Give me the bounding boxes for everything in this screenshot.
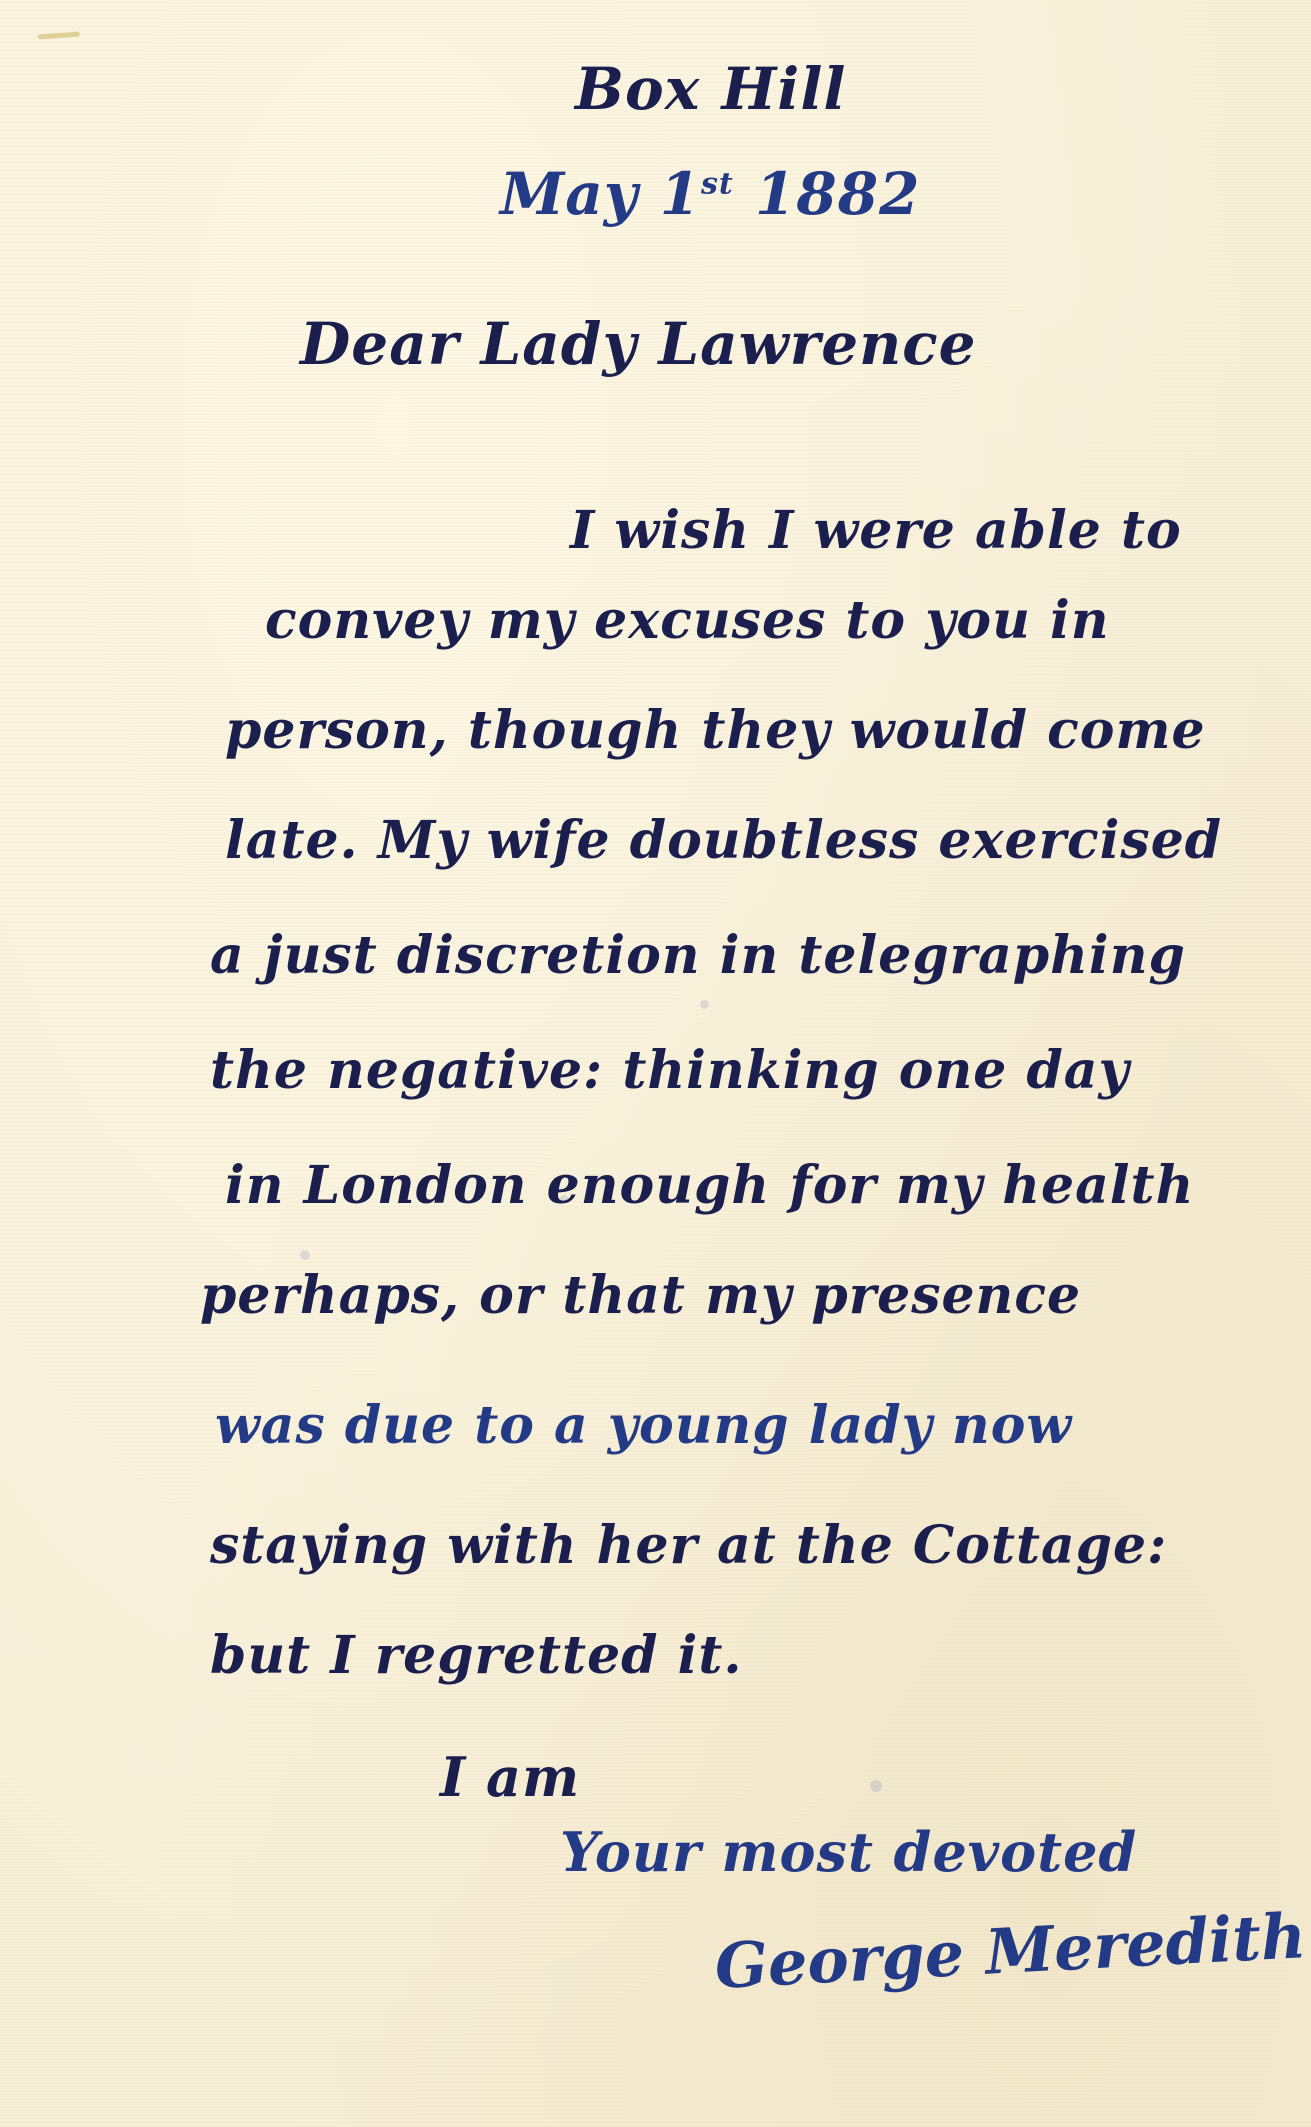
letter-place: Box Hill <box>575 55 846 123</box>
body-line: a just discretion in telegraphing <box>210 925 1186 986</box>
ink-speck <box>700 1000 709 1009</box>
body-line: in London enough for my health <box>225 1155 1194 1216</box>
salutation: Dear Lady Lawrence <box>300 310 976 378</box>
body-line: perhaps, or that my presence <box>200 1265 1081 1326</box>
body-line: the negative: thinking one day <box>210 1040 1130 1101</box>
date-year: 1882 <box>755 160 920 228</box>
closing-line: I am <box>440 1745 580 1809</box>
corner-stain <box>38 32 80 40</box>
date-day: 1 <box>660 160 701 228</box>
body-line: late. My wife doubtless exercised <box>225 810 1222 871</box>
signature: George Meredith <box>713 1899 1308 2003</box>
letter-page: Box Hill May 1st 1882 Dear Lady Lawrence… <box>0 0 1311 2127</box>
date-ordinal: st <box>701 167 734 202</box>
ink-speck <box>870 1780 882 1792</box>
closing-line: Your most devoted <box>560 1820 1137 1884</box>
body-line: convey my excuses to you in <box>265 590 1110 651</box>
ink-speck <box>300 1250 310 1260</box>
body-line: but I regretted it. <box>210 1625 743 1686</box>
body-line: was due to a young lady now <box>215 1395 1072 1456</box>
date-month: May <box>500 160 638 228</box>
letter-date: May 1st 1882 <box>500 160 920 228</box>
body-line: I wish I were able to <box>570 500 1182 561</box>
body-line: staying with her at the Cottage: <box>210 1515 1167 1576</box>
body-line: person, though they would come <box>225 700 1206 761</box>
